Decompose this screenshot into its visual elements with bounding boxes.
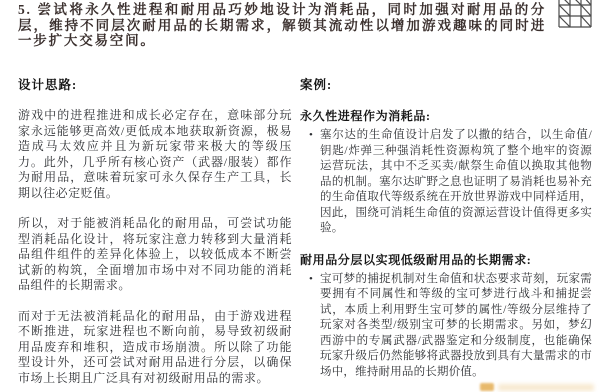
case-subheading-permanent-progress: 永久性进程作为消耗品:	[300, 107, 592, 124]
case-bullet-text: 塞尔达的生命值设计启发了以撒的结合，以生命值/钥匙/炸弹三种强消耗性资源构筑了整…	[320, 128, 592, 237]
cases-title: 案例:	[300, 75, 592, 93]
design-ideas-paragraph: 而对于无法被消耗品化的耐用品，由于游戏进程不断推进，玩家进程也不断向前，易导致初…	[18, 309, 292, 387]
grid-lattice-icon	[558, 0, 592, 34]
watermark-logo-icon	[480, 383, 494, 391]
two-column-body: 设计思路: 游戏中的进程推进和成长必定存在，意味部分玩家永远能够更高效/更低成本…	[0, 68, 600, 386]
watermark-blur-text	[498, 384, 594, 391]
case-bullet-item: • 塞尔达的生命值设计启发了以撒的结合，以生命值/钥匙/炸弹三种强消耗性资源构筑…	[300, 128, 592, 237]
design-ideas-title: 设计思路:	[18, 75, 292, 93]
bullet-icon: •	[300, 272, 320, 381]
design-ideas-paragraph: 所以，对于能被消耗品化的耐用品，可尝试功能型消耗品化设计，将玩家注意力转移到大量…	[18, 216, 292, 294]
case-bullet-text: 宝可梦的捕捉机制对生命值和状态要求苛刻，玩家需要拥有不同属性和等级的宝可梦进行战…	[320, 272, 592, 381]
case-bullet-item: • 宝可梦的捕捉机制对生命值和状态要求苛刻，玩家需要拥有不同属性和等级的宝可梦进…	[300, 272, 592, 381]
watermark	[480, 383, 594, 391]
cases-column: 案例: 永久性进程作为消耗品: • 塞尔达的生命值设计启发了以撒的结合，以生命值…	[300, 68, 592, 386]
design-ideas-column: 设计思路: 游戏中的进程推进和成长必定存在，意味部分玩家永远能够更高效/更低成本…	[18, 68, 292, 386]
design-ideas-paragraph: 游戏中的进程推进和成长必定存在，意味部分玩家永远能够更高效/更低成本地获取新资源…	[18, 108, 292, 201]
case-subheading-durable-tiering: 耐用品分层以实现低级耐用品的长期需求:	[300, 251, 592, 268]
bullet-icon: •	[300, 128, 320, 237]
section-heading: 5. 尝试将永久性进程和耐用品巧妙地设计为消耗品，同时加强对耐用品的分层，维持不…	[18, 2, 546, 49]
document-page: 5. 尝试将永久性进程和耐用品巧妙地设计为消耗品，同时加强对耐用品的分层，维持不…	[0, 0, 600, 392]
